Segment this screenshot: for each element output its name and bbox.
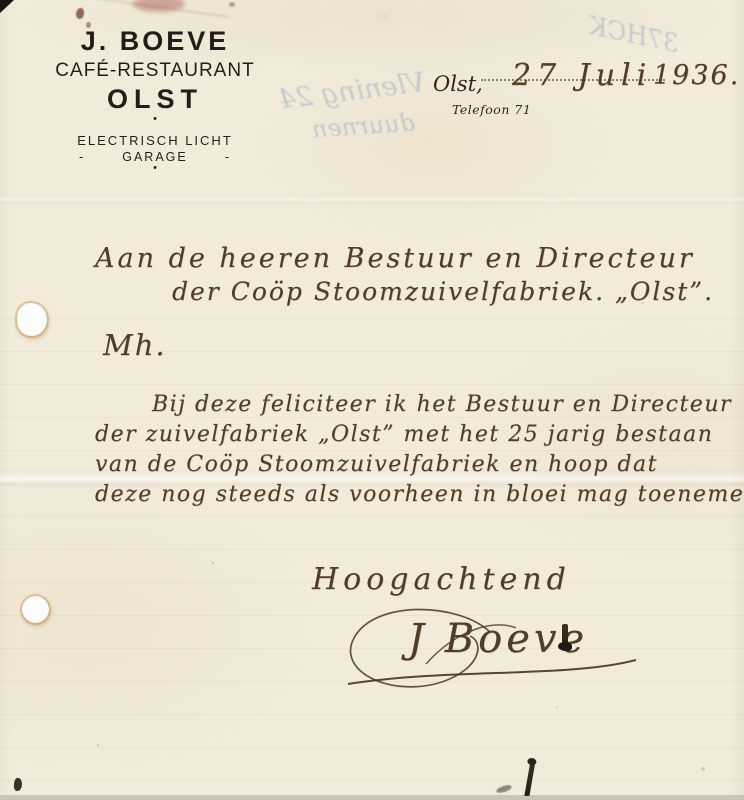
fold-crease-diagonal <box>1 0 229 18</box>
dateline-telephone-printed: Telefoon 71 <box>452 102 531 117</box>
scanned-letter-page: J. BOEVE CAFÉ-RESTAURANT OLST • ELECTRIS… <box>0 0 744 800</box>
salutation: Mh. <box>103 328 167 362</box>
signature-block: J Boeve <box>330 598 650 702</box>
scan-edge-bottom <box>0 796 744 800</box>
ink-blot-near-signature <box>562 624 568 648</box>
stain-spot <box>229 2 235 7</box>
bleedthrough-note-2: duurnen <box>311 108 416 143</box>
ruled-lines <box>0 286 744 798</box>
ink-mark-bottom <box>495 784 512 795</box>
dateline-year-handwritten: 1936. <box>653 60 740 91</box>
letterhead-place: OLST <box>52 84 258 115</box>
letterhead-dot-icon: • <box>52 164 258 173</box>
dateline-date-handwritten: 27 Juli <box>512 58 652 93</box>
garage-dash-left: - <box>79 150 85 164</box>
garage-dash-right: - <box>225 150 231 164</box>
body-line-2: der zuivelfabriek „Olst” met het 25 jari… <box>95 422 713 447</box>
recipient-line-1: Aan de heeren Bestuur en Directeur <box>95 243 695 274</box>
letterhead-business: CAFÉ-RESTAURANT <box>52 60 258 82</box>
bleedthrough-note-3: 37HCK <box>586 11 681 58</box>
ink-stroke-bottom <box>523 760 535 800</box>
fold-crease-upper <box>0 194 744 204</box>
closing-hoogachtend: Hoogachtend <box>312 562 571 597</box>
letterhead: J. BOEVE CAFÉ-RESTAURANT OLST • ELECTRIS… <box>52 26 258 173</box>
stain-spot <box>86 22 91 28</box>
body-line-4: deze nog steeds als voorheen in bloei ma… <box>95 482 744 507</box>
punch-hole-top <box>17 303 47 336</box>
punch-hole-bottom <box>22 596 49 623</box>
letterhead-name: J. BOEVE <box>52 26 258 57</box>
ink-mark-bottom-left <box>13 778 23 792</box>
body-line-1: Bij deze feliciteer ik het Bestuur en Di… <box>152 392 732 417</box>
letterhead-dot-icon: • <box>52 115 258 124</box>
stain-spot <box>76 8 84 19</box>
recipient-line-2: der Coöp Stoomzuivelfabriek. „Olst”. <box>172 277 714 306</box>
letterhead-feature-electric-light: ELECTRISCH LICHT <box>52 133 258 148</box>
scan-corner-top-left <box>0 0 14 13</box>
body-line-3: van de Coöp Stoomzuivelfabriek en hoop d… <box>95 452 658 477</box>
dateline-place-printed: Olst, <box>433 72 483 96</box>
